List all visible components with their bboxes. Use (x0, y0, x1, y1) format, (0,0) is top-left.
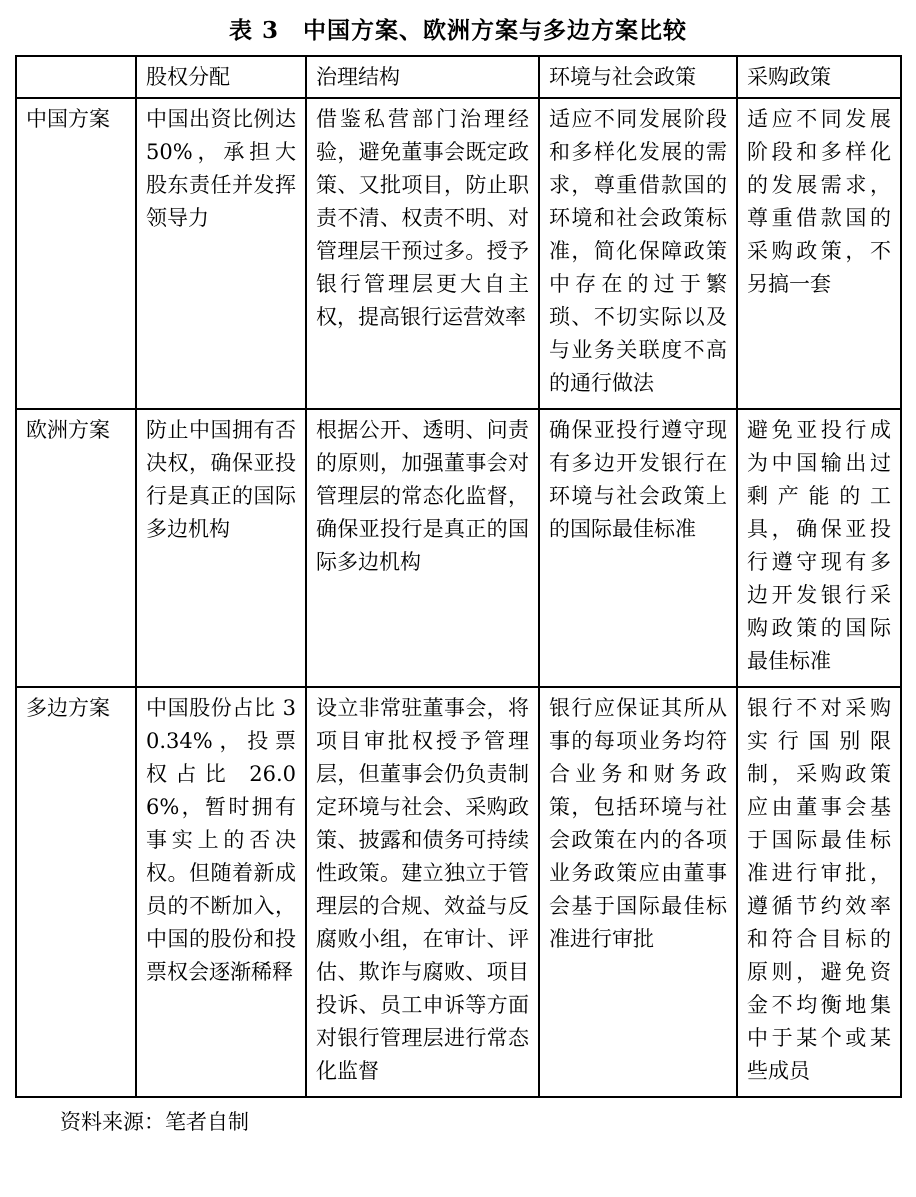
cell-multilateral-env-social: 银行应保证其所从事的每项业务均符合业务和财务政策，包括环境与社会政策在内的各项业… (539, 687, 737, 1097)
cell-multilateral-governance: 设立非常驻董事会，将项目审批权授予管理层，但董事会仍负责制定环境与社会、采购政策… (306, 687, 539, 1097)
cell-europe-procurement: 避免亚投行成为中国输出过剩产能的工具，确保亚投行遵守现有多边开发银行采购政策的国… (737, 409, 901, 687)
cell-china-governance: 借鉴私营部门治理经验，避免董事会既定政策、又批项目，防止职责不清、权责不明、对管… (306, 98, 539, 409)
row-label-multilateral: 多边方案 (16, 687, 136, 1097)
header-row: 股权分配 治理结构 环境与社会政策 采购政策 (16, 56, 901, 98)
cell-europe-env-social: 确保亚投行遵守现有多边开发银行在环境与社会政策上的国际最佳标准 (539, 409, 737, 687)
cell-multilateral-procurement: 银行不对采购实行国别限制，采购政策应由董事会基于国际最佳标准进行审批，遵循节约效… (737, 687, 901, 1097)
cell-multilateral-equity: 中国股份占比 30.34%，投票权占比 26.06%，暂时拥有事实上的否决权。但… (136, 687, 306, 1097)
cell-china-procurement: 适应不同发展阶段和多样化的发展需求，尊重借款国的采购政策，不另搞一套 (737, 98, 901, 409)
cell-china-equity: 中国出资比例达 50%，承担大股东责任并发挥领导力 (136, 98, 306, 409)
cell-china-env-social: 适应不同发展阶段和多样化发展的需求，尊重借款国的环境和社会政策标准，简化保障政策… (539, 98, 737, 409)
source-note: 资料来源：笔者自制 (60, 1106, 916, 1136)
header-cell-corner (16, 56, 136, 98)
comparison-table: 股权分配 治理结构 环境与社会政策 采购政策 中国方案 中国出资比例达 50%，… (15, 55, 902, 1098)
row-label-china: 中国方案 (16, 98, 136, 409)
header-cell-env-social: 环境与社会政策 (539, 56, 737, 98)
row-label-europe: 欧洲方案 (16, 409, 136, 687)
cell-europe-equity: 防止中国拥有否决权，确保亚投行是真正的国际多边机构 (136, 409, 306, 687)
header-cell-governance: 治理结构 (306, 56, 539, 98)
header-cell-procurement: 采购政策 (737, 56, 901, 98)
table-row-china: 中国方案 中国出资比例达 50%，承担大股东责任并发挥领导力 借鉴私营部门治理经… (16, 98, 901, 409)
table-row-europe: 欧洲方案 防止中国拥有否决权，确保亚投行是真正的国际多边机构 根据公开、透明、问… (16, 409, 901, 687)
header-cell-equity: 股权分配 (136, 56, 306, 98)
cell-europe-governance: 根据公开、透明、问责的原则，加强董事会对管理层的常态化监督，确保亚投行是真正的国… (306, 409, 539, 687)
table-title: 表 3 中国方案、欧洲方案与多边方案比较 (0, 0, 916, 45)
table-row-multilateral: 多边方案 中国股份占比 30.34%，投票权占比 26.06%，暂时拥有事实上的… (16, 687, 901, 1097)
page: 表 3 中国方案、欧洲方案与多边方案比较 股权分配 治理结构 环境与社会政策 采… (0, 0, 916, 1197)
